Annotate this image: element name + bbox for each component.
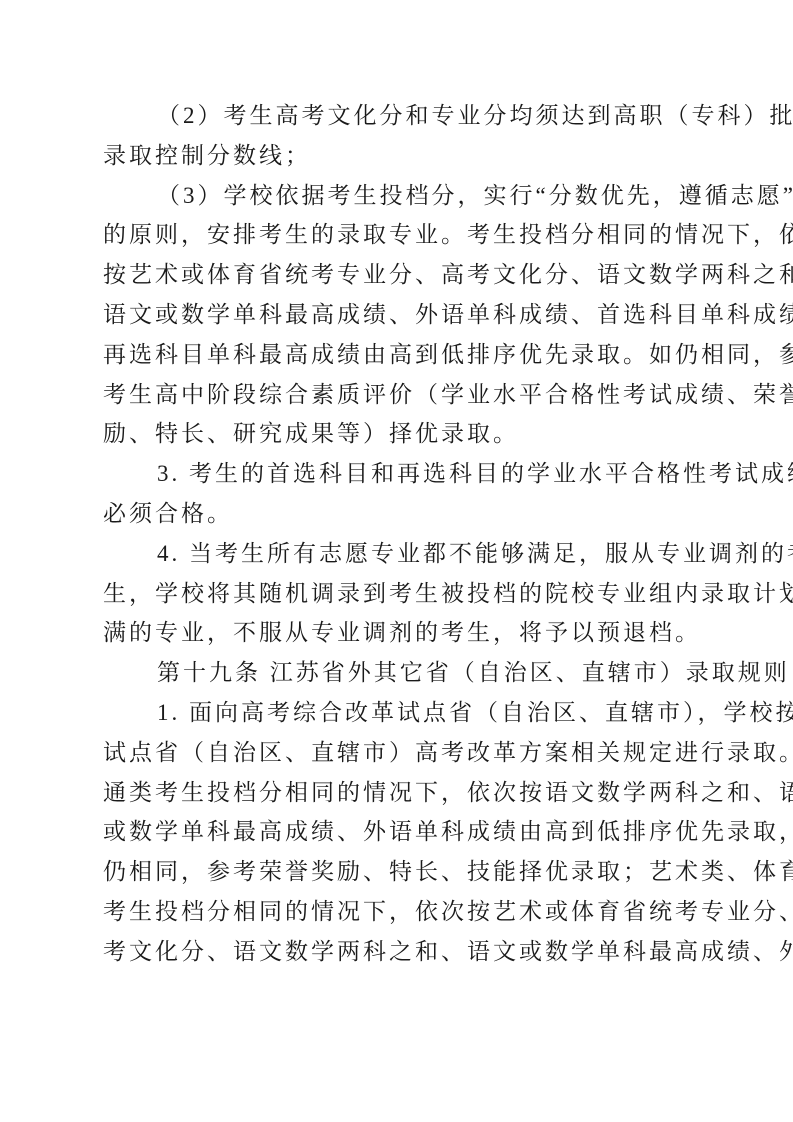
paragraph-line: （3）学校依据考生投档分，实行“分数优先，遵循志愿”: [103, 176, 703, 216]
paragraph-line: 考文化分、语文数学两科之和、语文或数学单科最高成绩、外语: [103, 932, 703, 972]
document-page: （2）考生高考文化分和专业分均须达到高职（专科）批省 录取控制分数线； （3）学…: [103, 96, 703, 972]
paragraph-line: 满的专业，不服从专业调剂的考生，将予以预退档。: [103, 613, 703, 653]
paragraph-line: 试点省（自治区、直辖市）高考改革方案相关规定进行录取。普: [103, 733, 703, 773]
paragraph-line: 必须合格。: [103, 494, 703, 534]
paragraph-line: 或数学单科最高成绩、外语单科成绩由高到低排序优先录取，如: [103, 812, 703, 852]
paragraph-line: 励、特长、研究成果等）择优录取。: [103, 414, 703, 454]
paragraph-line: 考生高中阶段综合素质评价（学业水平合格性考试成绩、荣誉奖: [103, 375, 703, 415]
paragraph-line: 的原则，安排考生的录取专业。考生投档分相同的情况下，依次: [103, 215, 703, 255]
paragraph-line: （2）考生高考文化分和专业分均须达到高职（专科）批省: [103, 96, 703, 136]
paragraph-line: 1. 面向高考综合改革试点省（自治区、直辖市），学校按: [103, 693, 703, 733]
paragraph-line: 语文或数学单科最高成绩、外语单科成绩、首选科目单科成绩、: [103, 295, 703, 335]
paragraph-line: 录取控制分数线；: [103, 136, 703, 176]
paragraph-line: 4. 当考生所有志愿专业都不能够满足，服从专业调剂的考: [103, 534, 703, 574]
paragraph-line: 考生投档分相同的情况下，依次按艺术或体育省统考专业分、高: [103, 892, 703, 932]
paragraph-line: 生，学校将其随机调录到考生被投档的院校专业组内录取计划未: [103, 574, 703, 614]
paragraph-line: 通类考生投档分相同的情况下，依次按语文数学两科之和、语文: [103, 773, 703, 813]
paragraph-line: 仍相同，参考荣誉奖励、特长、技能择优录取；艺术类、体育类: [103, 852, 703, 892]
article-heading: 第十九条 江苏省外其它省（自治区、直辖市）录取规则: [103, 653, 703, 693]
paragraph-line: 再选科目单科最高成绩由高到低排序优先录取。如仍相同，参考: [103, 335, 703, 375]
paragraph-line: 3. 考生的首选科目和再选科目的学业水平合格性考试成绩: [103, 454, 703, 494]
paragraph-line: 按艺术或体育省统考专业分、高考文化分、语文数学两科之和、: [103, 255, 703, 295]
